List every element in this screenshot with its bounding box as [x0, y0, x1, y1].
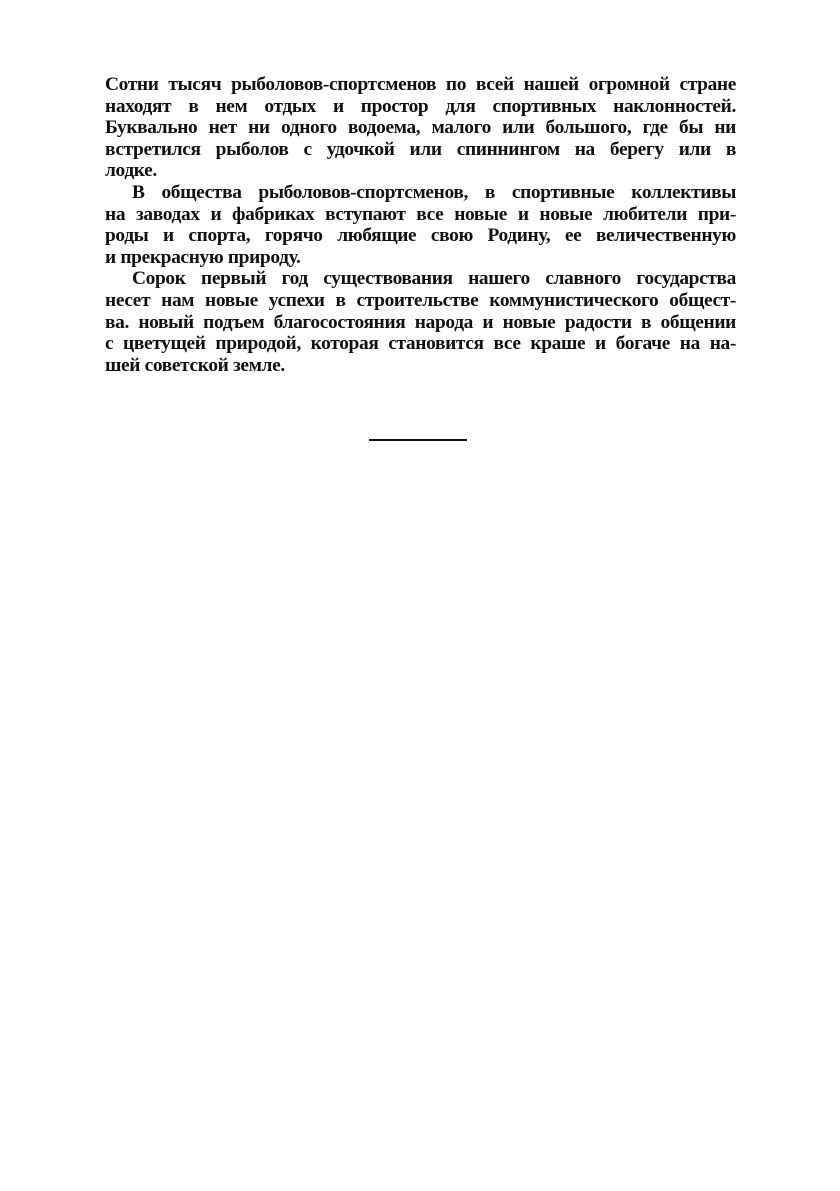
- text-line: с цветущей природой, которая становится …: [105, 333, 736, 355]
- text-line: находят в нем отдых и простор для спорти…: [105, 96, 736, 118]
- text-line: лодке.: [105, 160, 736, 182]
- text-line: встретился рыболов с удочкой или спиннин…: [105, 139, 736, 161]
- section-divider: [369, 439, 467, 441]
- text-line: шей советской земле.: [105, 355, 736, 377]
- text-line: Сорок первый год существования нашего сл…: [105, 268, 736, 290]
- text-line: Буквально нет ни одного водоема, малого …: [105, 117, 736, 139]
- paragraph-2: В общества рыболовов-спортсменов, в спор…: [105, 182, 736, 268]
- text-line: на заводах и фабриках вступают все новые…: [105, 204, 736, 226]
- text-line: Сотни тысяч рыболовов-спортсменов по все…: [105, 74, 736, 96]
- text-line: ва. новый подъем благосостояния народа и…: [105, 312, 736, 334]
- document-page: Сотни тысяч рыболовов-спортсменов по все…: [105, 74, 736, 376]
- text-line: и прекрасную природу.: [105, 247, 736, 269]
- paragraph-3: Сорок первый год существования нашего сл…: [105, 268, 736, 376]
- text-line: несет нам новые успехи в строительстве к…: [105, 290, 736, 312]
- paragraph-1: Сотни тысяч рыболовов-спортсменов по все…: [105, 74, 736, 182]
- text-line: роды и спорта, горячо любящие свою Родин…: [105, 225, 736, 247]
- text-line: В общества рыболовов-спортсменов, в спор…: [105, 182, 736, 204]
